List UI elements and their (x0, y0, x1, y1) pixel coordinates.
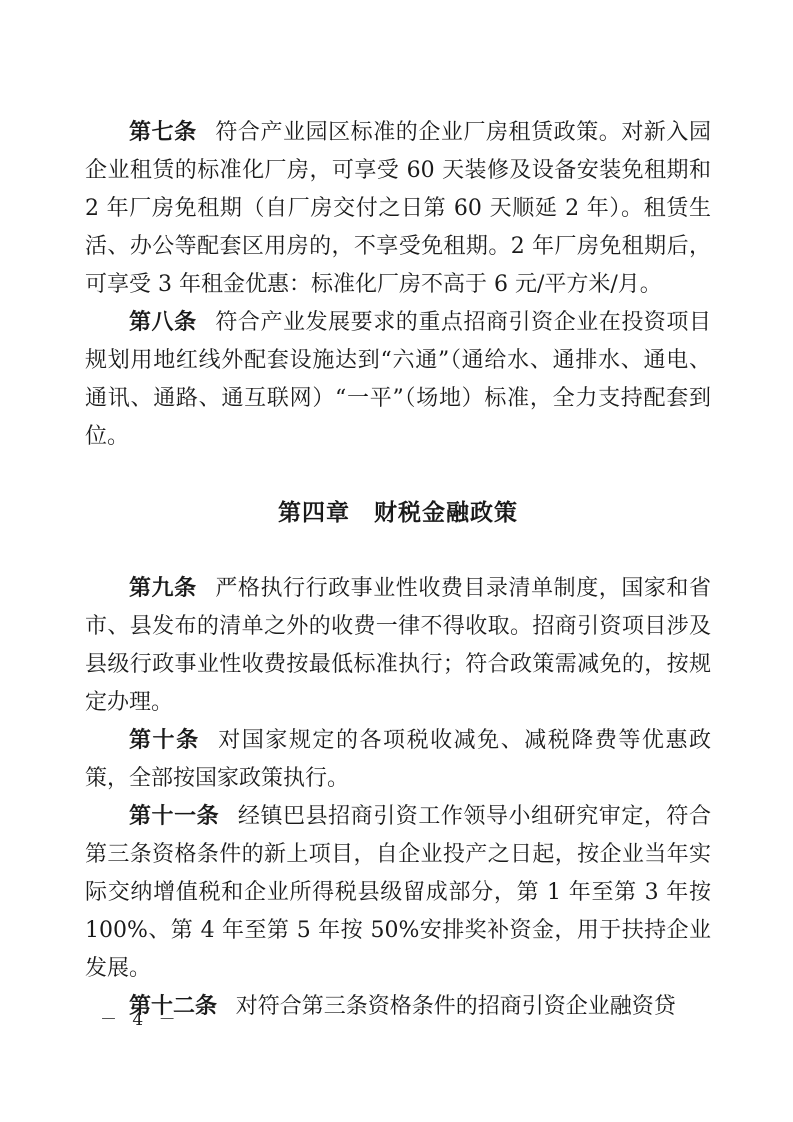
article-11-paragraph: 第十一条经镇巴县招商引资工作领导小组研究审定，符合第三条资格条件的新上项目，自企… (85, 798, 711, 988)
article-8-term: 第八条 (129, 310, 197, 335)
article-9-term: 第九条 (129, 576, 197, 601)
document-body: 第七条符合产业园区标准的企业厂房租赁政策。对新入园企业租赁的标准化厂房，可享受 … (85, 114, 711, 1026)
article-10-paragraph: 第十条对国家规定的各项税收减免、减税降费等优惠政策，全部按国家政策执行。 (85, 722, 711, 798)
article-7-paragraph: 第七条符合产业园区标准的企业厂房租赁政策。对新入园企业租赁的标准化厂房，可享受 … (85, 114, 711, 304)
article-9-paragraph: 第九条严格执行行政事业性收费目录清单制度，国家和省市、县发布的清单之外的收费一律… (85, 570, 711, 722)
article-8-paragraph: 第八条符合产业发展要求的重点招商引资企业在投资项目规划用地红线外配套设施达到“六… (85, 304, 711, 456)
article-11-term: 第十一条 (129, 804, 219, 829)
article-11-text: 经镇巴县招商引资工作领导小组研究审定，符合第三条资格条件的新上项目，自企业投产之… (85, 804, 711, 981)
article-7-term: 第七条 (129, 120, 197, 145)
chapter-heading: 第四章 财税金融政策 (85, 494, 711, 532)
article-10-term: 第十条 (129, 728, 200, 753)
article-12-text: 对符合第三条资格条件的招商引资企业融资贷 (236, 994, 676, 1019)
page-number: － 4 － (100, 1008, 181, 1032)
document-page: 第七条符合产业园区标准的企业厂房租赁政策。对新入园企业租赁的标准化厂房，可享受 … (0, 0, 793, 1122)
article-7-text: 符合产业园区标准的企业厂房租赁政策。对新入园企业租赁的标准化厂房，可享受 60 … (85, 120, 711, 297)
